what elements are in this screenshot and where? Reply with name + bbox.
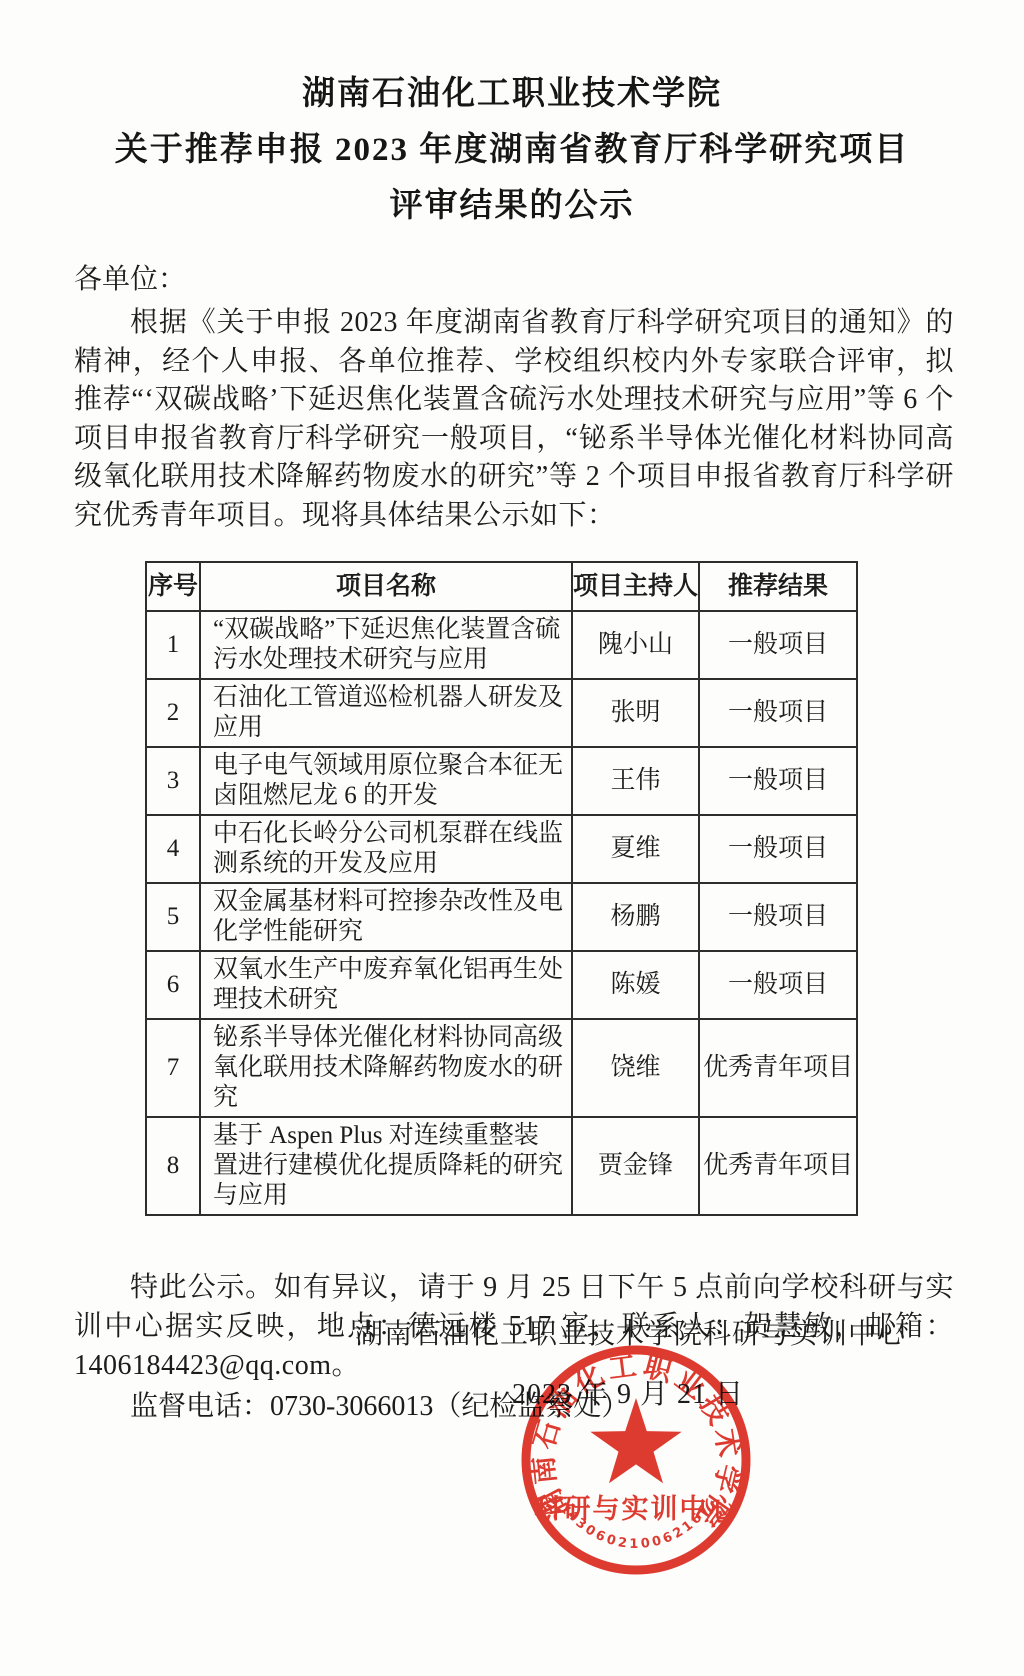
table-row: 2 石油化工管道巡检机器人研发及应用 张明 一般项目 xyxy=(146,679,857,747)
row-leader: 饶维 xyxy=(572,1019,699,1117)
row-no: 7 xyxy=(146,1019,200,1117)
row-no: 3 xyxy=(146,747,200,815)
row-no: 5 xyxy=(146,883,200,951)
header-project-leader: 项目主持人 xyxy=(572,562,699,611)
row-project-name: “双碳战略”下延迟焦化装置含硫污水处理技术研究与应用 xyxy=(200,611,572,679)
header-project-name: 项目名称 xyxy=(200,562,572,611)
table-row: 6 双氧水生产中废弃氧化铝再生处理技术研究 陈媛 一般项目 xyxy=(146,951,857,1019)
row-project-name: 铋系半导体光催化材料协同高级氧化联用技术降解药物废水的研究 xyxy=(200,1019,572,1117)
row-project-name: 双金属基材料可控掺杂改性及电化学性能研究 xyxy=(200,883,572,951)
table-row: 1 “双碳战略”下延迟焦化装置含硫污水处理技术研究与应用 隗小山 一般项目 xyxy=(146,611,857,679)
table-row: 4 中石化长岭分公司机泵群在线监测系统的开发及应用 夏维 一般项目 xyxy=(146,815,857,883)
table-row: 3 电子电气领域用原位聚合本征无卤阻燃尼龙 6 的开发 王伟 一般项目 xyxy=(146,747,857,815)
row-result: 优秀青年项目 xyxy=(699,1117,857,1215)
row-no: 4 xyxy=(146,815,200,883)
row-no: 2 xyxy=(146,679,200,747)
header-serial-number: 序号 xyxy=(146,562,200,611)
row-project-name: 基于 Aspen Plus 对连续重整装置进行建模优化提质降耗的研究与应用 xyxy=(200,1117,572,1215)
table-header-row: 序号 项目名称 项目主持人 推荐结果 xyxy=(146,562,857,611)
salutation: 各单位： xyxy=(74,260,952,300)
title-line-2: 关于推荐申报 2023 年度湖南省教育厅科学研究项目 xyxy=(0,122,1024,178)
announcement-document: 湖南石油化工职业技术学院 关于推荐申报 2023 年度湖南省教育厅科学研究项目 … xyxy=(0,0,1024,1676)
row-project-name: 中石化长岭分公司机泵群在线监测系统的开发及应用 xyxy=(200,815,572,883)
row-leader: 夏维 xyxy=(572,815,699,883)
row-leader: 王伟 xyxy=(572,747,699,815)
row-leader: 贾金锋 xyxy=(572,1117,699,1215)
row-leader: 杨鹏 xyxy=(572,883,699,951)
row-result: 一般项目 xyxy=(699,679,857,747)
row-project-name: 电子电气领域用原位聚合本征无卤阻燃尼龙 6 的开发 xyxy=(200,747,572,815)
row-leader: 陈媛 xyxy=(572,951,699,1019)
row-project-name: 双氧水生产中废弃氧化铝再生处理技术研究 xyxy=(200,951,572,1019)
row-no: 1 xyxy=(146,611,200,679)
document-title-block: 湖南石油化工职业技术学院 关于推荐申报 2023 年度湖南省教育厅科学研究项目 … xyxy=(0,0,1024,234)
table-row: 7 铋系半导体光催化材料协同高级氧化联用技术降解药物废水的研究 饶维 优秀青年项… xyxy=(146,1019,857,1117)
row-result: 一般项目 xyxy=(699,883,857,951)
row-result: 一般项目 xyxy=(699,747,857,815)
table-row: 8 基于 Aspen Plus 对连续重整装置进行建模优化提质降耗的研究与应用 … xyxy=(146,1117,857,1215)
row-leader: 隗小山 xyxy=(572,611,699,679)
row-result: 一般项目 xyxy=(699,611,857,679)
row-leader: 张明 xyxy=(572,679,699,747)
row-no: 6 xyxy=(146,951,200,1019)
star-icon xyxy=(590,1398,681,1483)
intro-paragraph: 根据《关于申报 2023 年度湖南省教育厅科学研究项目的通知》的精神，经个人申报… xyxy=(74,304,954,535)
title-line-3: 评审结果的公示 xyxy=(0,178,1024,234)
row-project-name: 石油化工管道巡检机器人研发及应用 xyxy=(200,679,572,747)
title-line-1: 湖南石油化工职业技术学院 xyxy=(0,66,1024,122)
row-result: 一般项目 xyxy=(699,815,857,883)
official-seal: 湖南石油化工职业技术学院 科研与实训中心 43060210062167 xyxy=(516,1340,756,1580)
results-table: 序号 项目名称 项目主持人 推荐结果 1 “双碳战略”下延迟焦化装置含硫污水处理… xyxy=(145,561,858,1216)
table-row: 5 双金属基材料可控掺杂改性及电化学性能研究 杨鹏 一般项目 xyxy=(146,883,857,951)
row-no: 8 xyxy=(146,1117,200,1215)
header-recommendation-result: 推荐结果 xyxy=(699,562,857,611)
row-result: 优秀青年项目 xyxy=(699,1019,857,1117)
row-result: 一般项目 xyxy=(699,951,857,1019)
